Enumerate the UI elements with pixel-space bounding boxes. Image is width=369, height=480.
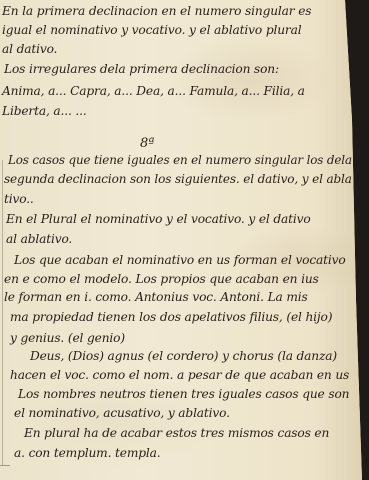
manuscript-line: Anima, a... Capra, a... Dea, a... Famula… [2, 84, 305, 98]
manuscript-line: y genius. (el genio) [10, 331, 125, 345]
manuscript-line: el nominativo, acusativo, y ablativo. [14, 406, 230, 420]
manuscript-line: Los casos que tiene iguales en el numero… [8, 153, 352, 167]
section-marker: 8ª [140, 136, 154, 151]
manuscript-line: en e como el modelo. Los propios que aca… [4, 272, 319, 286]
manuscript-line: En plural ha de acabar estos tres mismos… [24, 426, 329, 440]
manuscript-line: ma propiedad tienen los dos apelativos f… [10, 310, 332, 324]
manuscript-line: le forman en i. como. Antonius voc. Anto… [4, 290, 308, 304]
margin-tick [0, 465, 10, 466]
manuscript-line: En la primera declinacion en el numero s… [2, 4, 311, 18]
manuscript-line: igual el nominativo y vocativo. y el abl… [2, 23, 301, 37]
manuscript-page: En la primera declinacion en el numero s… [0, 0, 369, 480]
manuscript-line: hacen el voc. como el nom. a pesar de qu… [10, 368, 349, 382]
manuscript-line: Deus, (Dios) agnus (el cordero) y chorus… [30, 349, 337, 363]
manuscript-line: a. con templum. templa. [14, 446, 160, 460]
manuscript-line: En el Plural el nominativo y el vocativo… [6, 212, 311, 226]
manuscript-line: al ablativo. [6, 232, 72, 246]
manuscript-line: tivo.. [4, 192, 34, 206]
manuscript-line: Los nombres neutros tienen tres iguales … [18, 387, 349, 401]
manuscript-line: Liberta, a... ... [2, 104, 87, 118]
manuscript-line: segunda declinacion son los siguientes. … [4, 172, 352, 186]
margin-rule [2, 160, 3, 465]
manuscript-line: Los que acaban el nominativo en us forma… [14, 253, 346, 267]
manuscript-line: al dativo. [2, 42, 57, 56]
manuscript-line: Los irregulares dela primera declinacion… [4, 62, 279, 76]
